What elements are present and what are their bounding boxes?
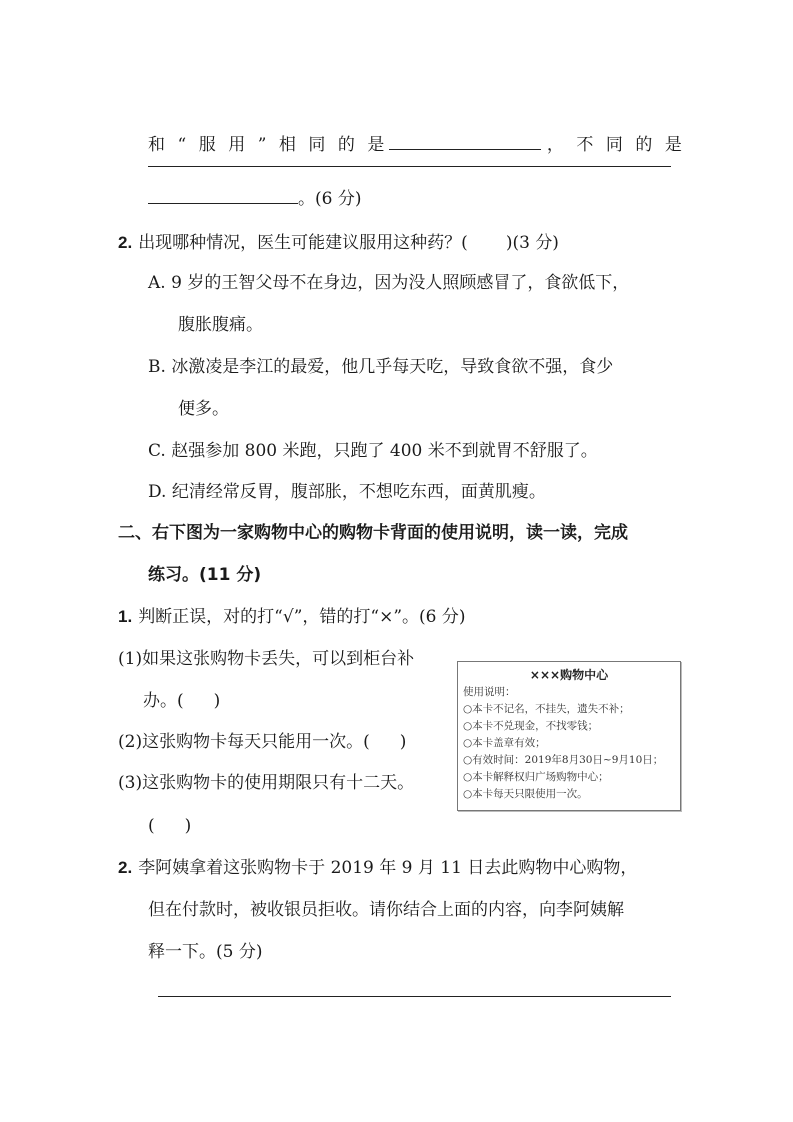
- card-rule-1: ○本卡不记名，不挂失，遗失不补；: [463, 701, 675, 718]
- item-3-text: 这张购物卡的使用期限只有十二天。: [142, 773, 414, 793]
- q2-text: 出现哪种情况，医生可能建议服用这种药？(: [138, 233, 468, 253]
- card-rule-3: ○本卡盖章有效；: [463, 735, 675, 752]
- q2-option-a[interactable]: A. 9 岁的王智父母不在身边，因为没人照顾感冒了，食欲低下，: [148, 272, 629, 294]
- option-b-text: 冰激凌是李江的最爱，他几乎每天吃，导致食欲不强，食少: [171, 357, 613, 377]
- s2-q1-item-1-cont: 办。(): [143, 690, 220, 712]
- s2-q1-item-1: (1)如果这张购物卡丢失，可以到柜台补: [118, 648, 414, 670]
- s2-q2-text-3: 释一下。(5 分): [148, 942, 262, 962]
- option-d-label: D.: [148, 482, 166, 502]
- item-3-label: (3): [118, 773, 142, 793]
- s2-q1-prompt: 1.判断正误，对的打“√”，错的打“×”。(6 分): [118, 606, 466, 628]
- item-2-label: (2): [118, 732, 142, 752]
- q2-question: 2.出现哪种情况，医生可能建议服用这种药？()(3 分): [118, 232, 559, 254]
- option-c-label: C.: [148, 441, 166, 461]
- item-1-close-paren: ): [214, 691, 221, 711]
- q1-score: 。(6 分): [298, 189, 361, 209]
- q2-option-b[interactable]: B. 冰激凌是李江的最爱，他几乎每天吃，导致食欲不强，食少: [148, 356, 613, 378]
- shopping-card-figure: ×××购物中心 使用说明： ○本卡不记名，不挂失，遗失不补； ○本卡不兑现金，不…: [457, 661, 681, 811]
- s2-q1-number: 1.: [118, 607, 132, 626]
- section2-heading-line1: 二、右下图为一家购物中心的购物卡背面的使用说明，读一读，完成: [118, 523, 628, 543]
- item-1-label: (1): [118, 649, 142, 669]
- s2-q2-number: 2.: [118, 858, 132, 877]
- card-subtitle: 使用说明：: [463, 684, 675, 701]
- option-a-text-cont: 腹胀腹痛。: [178, 315, 263, 335]
- q2-option-b-cont: 便多。: [178, 398, 229, 420]
- item-3-open-paren: (: [148, 816, 155, 836]
- card-rule-5: ○本卡解释权归广场购物中心；: [463, 769, 675, 786]
- item-2-text: 这张购物卡每天只能用一次。(: [142, 732, 370, 752]
- s2-q2-text-2: 但在付款时，被收银员拒收。请你结合上面的内容，向李阿姨解: [148, 900, 624, 920]
- q1-fill-mid: ，不同的是: [547, 135, 695, 155]
- card-rule-4: ○有效时间：2019年8月30日~9月10日；: [463, 752, 675, 769]
- s2-q1-item-3-cont: (): [148, 815, 191, 837]
- q1-fill-line-1: 和“服用”相同的是，不同的是: [148, 133, 694, 156]
- different-answer-blank-line-2[interactable]: [148, 166, 671, 167]
- card-rule-6: ○本卡每天只限使用一次。: [463, 786, 675, 803]
- option-c-text: 赵强参加 800 米跑，只跑了 400 米不到就胃不舒服了。: [171, 441, 598, 461]
- section2-heading: 二、右下图为一家购物中心的购物卡背面的使用说明，读一读，完成: [118, 522, 628, 544]
- q2-option-a-cont: 腹胀腹痛。: [178, 314, 263, 336]
- option-b-label: B.: [148, 357, 166, 377]
- same-answer-blank[interactable]: [389, 133, 541, 150]
- item-1-text-cont: 办。(: [143, 691, 184, 711]
- s2-q1-text: 判断正误，对的打“√”，错的打“×”。(6 分): [138, 607, 465, 627]
- option-a-text: 9 岁的王智父母不在身边，因为没人照顾感冒了，食欲低下，: [171, 273, 629, 293]
- option-d-text: 纪清经常反胃，腹部胀，不想吃东西，面黄肌瘦。: [172, 482, 546, 502]
- card-rule-2: ○本卡不兑现金，不找零钱；: [463, 718, 675, 735]
- section2-heading-line2: 练习。(11 分): [148, 565, 261, 585]
- section2-heading-cont: 练习。(11 分): [148, 564, 261, 586]
- s2-q2-line-1: 2.李阿姨拿着这张购物卡于 2019 年 9 月 11 日去此购物中心购物，: [118, 857, 637, 879]
- option-a-label: A.: [148, 273, 166, 293]
- q2-option-c[interactable]: C. 赵强参加 800 米跑，只跑了 400 米不到就胃不舒服了。: [148, 440, 598, 462]
- item-3-close-paren: ): [185, 816, 192, 836]
- q2-option-d[interactable]: D. 纪清经常反胃，腹部胀，不想吃东西，面黄肌瘦。: [148, 481, 546, 503]
- item-2-close-paren: ): [400, 732, 407, 752]
- s2-q2-answer-line[interactable]: [158, 996, 671, 997]
- option-b-text-cont: 便多。: [178, 399, 229, 419]
- s2-q2-line-2: 但在付款时，被收银员拒收。请你结合上面的内容，向李阿姨解: [148, 899, 624, 921]
- q2-number: 2.: [118, 233, 132, 252]
- q2-score: )(3 分): [506, 233, 559, 253]
- q1-fill-prefix: 和“服用”相同的是: [148, 135, 397, 155]
- card-title: ×××购物中心: [463, 666, 675, 684]
- item-1-text: 如果这张购物卡丢失，可以到柜台补: [142, 649, 414, 669]
- s2-q1-item-2: (2)这张购物卡每天只能用一次。(): [118, 731, 406, 753]
- s2-q2-text-1: 李阿姨拿着这张购物卡于 2019 年 9 月 11 日去此购物中心购物，: [138, 858, 637, 878]
- different-answer-blank-line-3[interactable]: [148, 187, 298, 204]
- s2-q2-line-3: 释一下。(5 分): [148, 941, 262, 963]
- s2-q1-item-3: (3)这张购物卡的使用期限只有十二天。: [118, 772, 414, 794]
- q1-fill-line-3: 。(6 分): [148, 187, 361, 210]
